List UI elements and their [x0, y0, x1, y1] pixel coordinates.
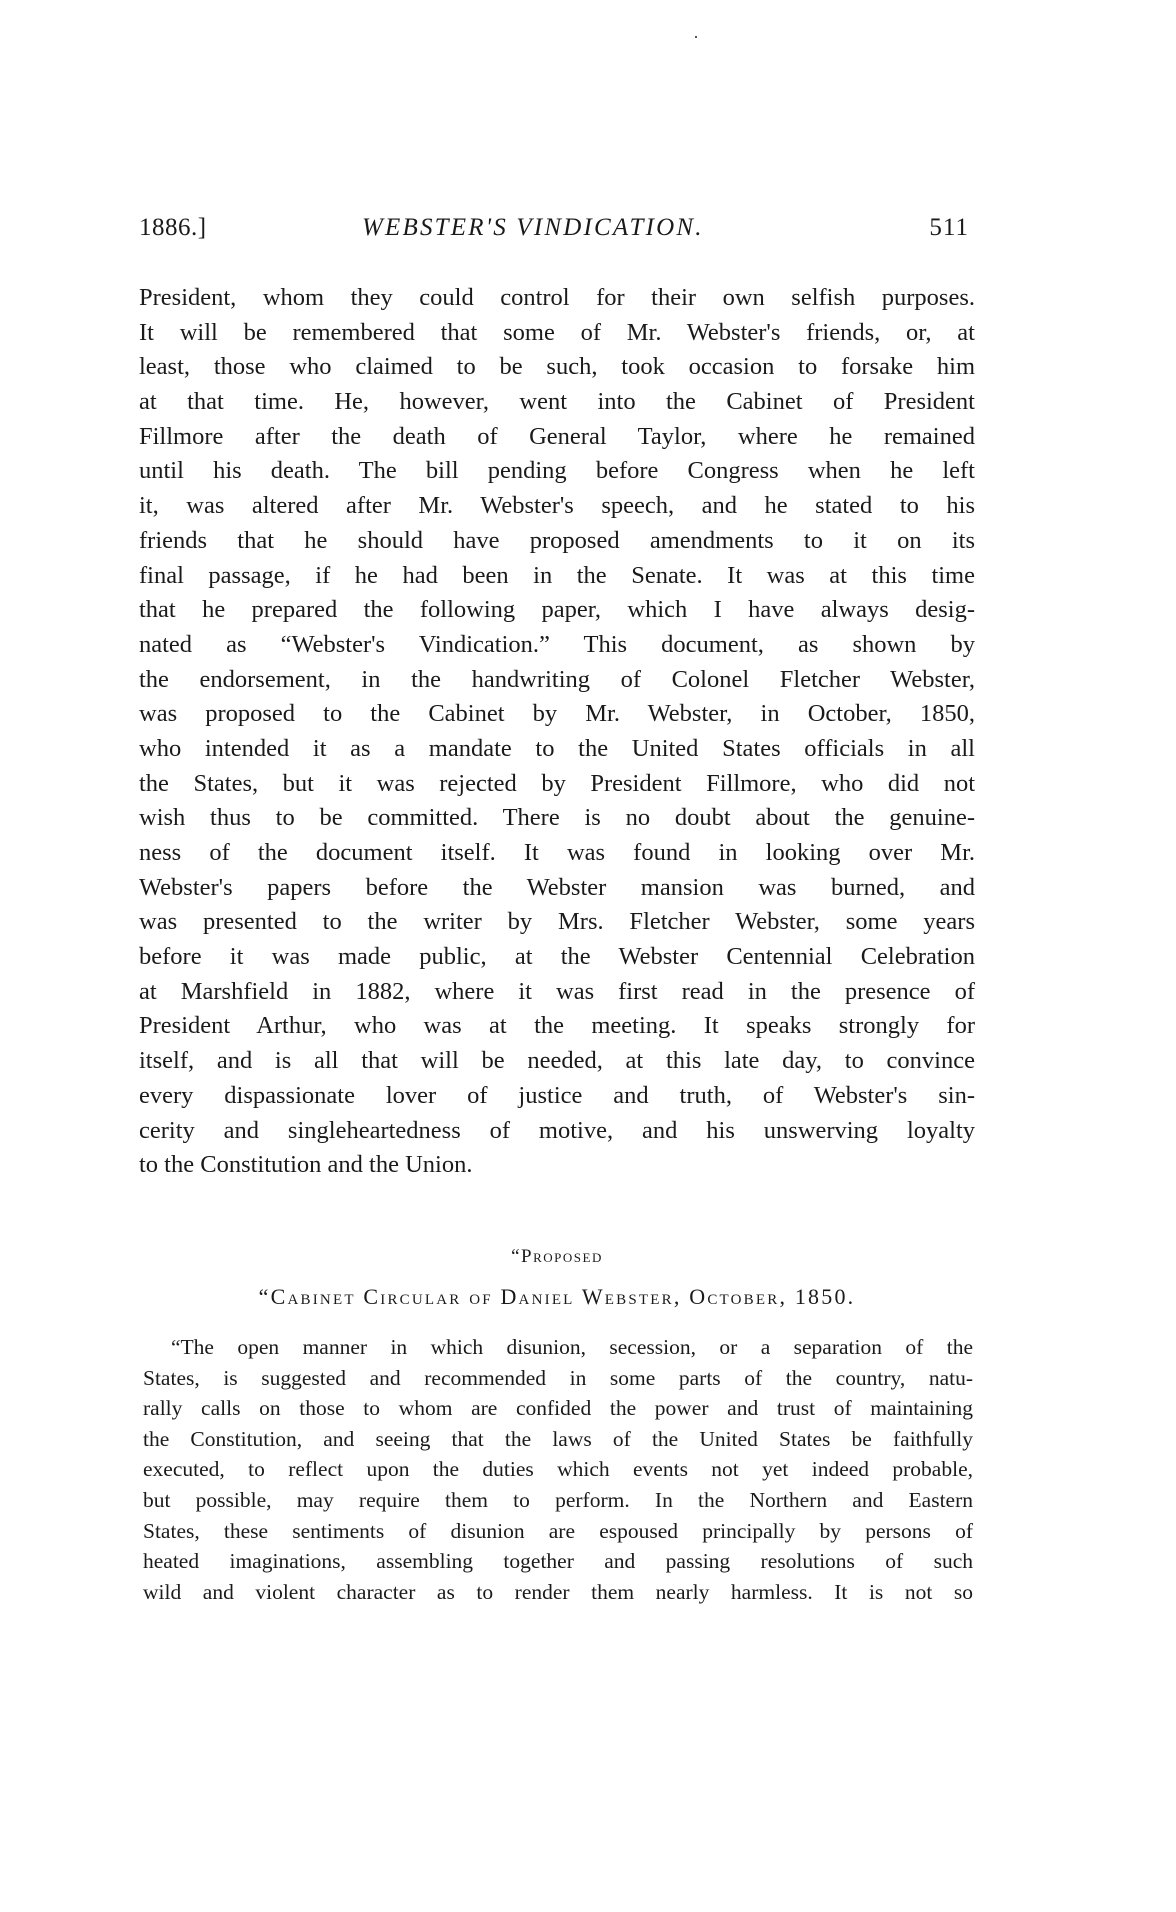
circular-line: executed, to reflect upon the duties whi… [143, 1454, 973, 1485]
text-line: final passage, if he had been in the Sen… [139, 559, 975, 594]
running-head: 1886.] WEBSTER'S VINDICATION. 511 [139, 214, 975, 248]
text-line: Webster's papers before the Webster mans… [139, 871, 975, 906]
circular-line: States, these sentiments of disunion are… [143, 1516, 973, 1547]
circular-heading-proposed: “Proposed [139, 1246, 975, 1268]
text-line: President Arthur, who was at the meeting… [139, 1009, 975, 1044]
text-line: at Marshfield in 1882, where it was firs… [139, 975, 975, 1010]
running-head-title: WEBSTER'S VINDICATION. [362, 214, 704, 242]
scan-speck [695, 36, 697, 38]
text-line: ness of the document itself. It was foun… [139, 836, 975, 871]
text-line: at that time. He, however, went into the… [139, 385, 975, 420]
text-line: least, those who claimed to be such, too… [139, 350, 975, 385]
circular-line: but possible, may require them to perfor… [143, 1485, 973, 1516]
text-line: friends that he should have proposed ame… [139, 524, 975, 559]
circular-line: the Constitution, and seeing that the la… [143, 1424, 973, 1455]
text-line: President, whom they could control for t… [139, 281, 975, 316]
circular-line: wild and violent character as to render … [143, 1577, 973, 1608]
text-line-last: to the Constitution and the Union. [139, 1148, 975, 1183]
page-number: 511 [929, 214, 969, 242]
text-line: every dispassionate lover of justice and… [139, 1079, 975, 1114]
text-line: the States, but it was rejected by Presi… [139, 767, 975, 802]
text-line: until his death. The bill pending before… [139, 454, 975, 489]
circular-line: States, is suggested and recommended in … [143, 1363, 973, 1394]
text-line: it, was altered after Mr. Webster's spee… [139, 489, 975, 524]
text-line: wish thus to be committed. There is no d… [139, 801, 975, 836]
text-line: was proposed to the Cabinet by Mr. Webst… [139, 697, 975, 732]
running-head-year: 1886.] [139, 214, 207, 242]
text-line: the endorsement, in the handwriting of C… [139, 663, 975, 698]
circular-line: “The open manner in which disunion, sece… [143, 1332, 973, 1363]
text-line: Fillmore after the death of General Tayl… [139, 420, 975, 455]
text-line: nated as “Webster's Vindication.” This d… [139, 628, 975, 663]
text-line: cerity and singleheartedness of motive, … [139, 1114, 975, 1149]
text-line: that he prepared the following paper, wh… [139, 593, 975, 628]
text-line: itself, and is all that will be needed, … [139, 1044, 975, 1079]
book-page: 1886.] WEBSTER'S VINDICATION. 511 Presid… [0, 0, 1176, 1912]
text-line: was presented to the writer by Mrs. Flet… [139, 905, 975, 940]
text-line: before it was made public, at the Webste… [139, 940, 975, 975]
circular-heading-title: “Cabinet Circular of Daniel Webster, Oct… [139, 1284, 975, 1310]
text-line: who intended it as a mandate to the Unit… [139, 732, 975, 767]
body-paragraph: President, whom they could control for t… [139, 281, 975, 1183]
circular-line: rally calls on those to whom are confide… [143, 1393, 973, 1424]
circular-line: heated imaginations, assembling together… [143, 1546, 973, 1577]
text-line: It will be remembered that some of Mr. W… [139, 316, 975, 351]
circular-paragraph: “The open manner in which disunion, sece… [143, 1332, 973, 1607]
